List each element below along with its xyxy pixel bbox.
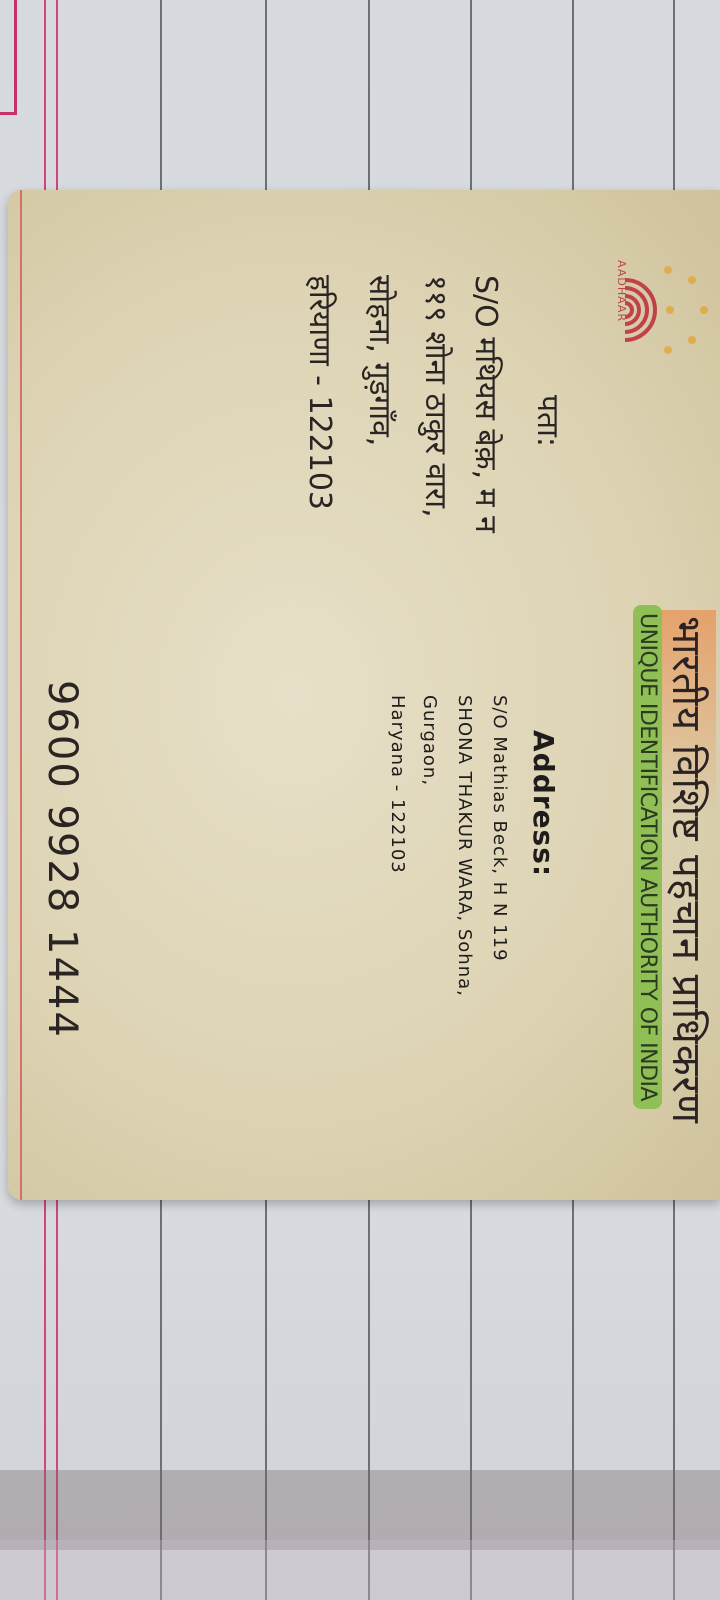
page-fold: [0, 1540, 720, 1600]
margin-box: [0, 0, 17, 115]
aadhaar-logo-text: AADHAAR: [615, 260, 628, 322]
page-fold-shadow: [0, 1470, 720, 1550]
aadhaar-card: AADHAAR भारतीय विशिष्ट पहचान प्राधिकरण U…: [8, 190, 720, 1200]
english-address-label: Address:: [527, 730, 560, 877]
english-address-line: Gurgaon,: [419, 695, 440, 786]
hindi-address-line: सोहना, गुड़गाँव,: [361, 275, 402, 446]
english-address-line: SHONA THAKUR WARA, Sohna,: [454, 695, 475, 997]
card-content: AADHAAR भारतीय विशिष्ट पहचान प्राधिकरण U…: [8, 190, 720, 1200]
header-english: UNIQUE IDENTIFICATION AUTHORITY OF INDIA: [633, 605, 662, 1109]
hindi-address-line: हरियाणा - 122103: [301, 275, 342, 510]
hindi-address-line: ११९ शोना ठाकुर वारा,: [417, 275, 458, 518]
header-hindi: भारतीय विशिष्ट पहचान प्राधिकरण: [661, 610, 716, 1130]
english-address-line: Haryana - 122103: [387, 695, 408, 874]
aadhaar-number: 9600 9928 1444: [39, 680, 85, 1039]
hindi-address-label: पता:: [529, 395, 570, 447]
english-address-line: S/O Mathias Beck, H N 119: [489, 695, 510, 962]
hindi-address-line: S/O मथियस बेक़, म न: [467, 275, 508, 533]
